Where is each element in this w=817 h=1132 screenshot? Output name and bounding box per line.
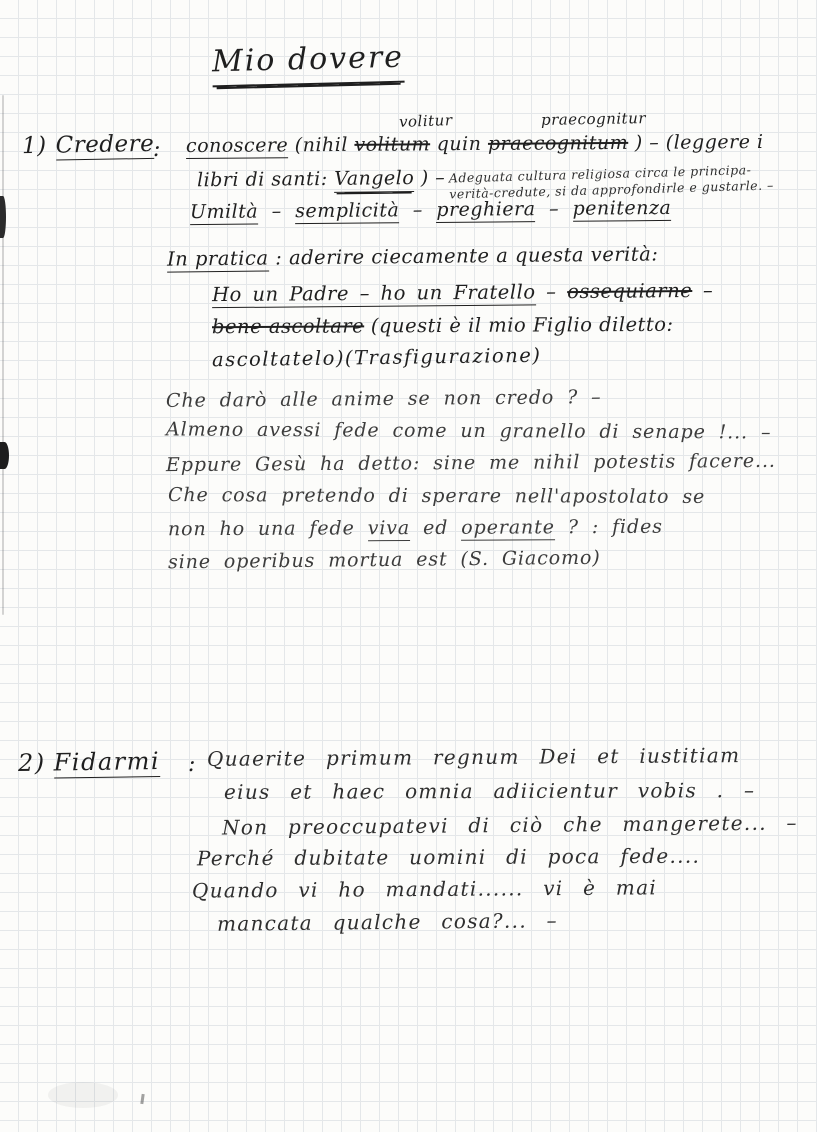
section2-colon: : (188, 752, 196, 777)
reflection-line1: Che darò alle anime se non credo ? – (166, 386, 602, 412)
quin-word: quin (437, 133, 482, 155)
penitenza-word: penitenza (572, 197, 671, 222)
preghiera-word: preghiera (436, 198, 535, 223)
nihil-text: (nihil (295, 134, 348, 156)
struck-bene-ascoltare: bene ascoltare (212, 314, 364, 338)
ascoltatelo-text: ascoltatelo)(Trasfigurazione) (212, 344, 542, 372)
fides-text: ? : fides (568, 516, 663, 538)
section1-line3: Umiltà – semplicità – preghiera – penite… (190, 197, 671, 223)
section2-line1: Quaerite primum regnum Dei et iustitiam (207, 743, 740, 771)
pratica-colon: : (275, 246, 282, 269)
section2-label: Fidarmi (53, 747, 160, 778)
section2-heading: 2)Fidarmi (18, 747, 160, 777)
correction-volitur: volitur (399, 111, 453, 131)
reflection-line3: Eppure Gesù ha detto: sine me nihil pote… (166, 450, 776, 476)
reflection-line2: Almeno avessi fede come un granello di s… (166, 418, 771, 443)
correction-praecognitur: praecognitur (541, 109, 646, 129)
left-fold-line (2, 95, 4, 615)
struck-praecognitum: praecognitum (488, 132, 628, 155)
page-title-text: Mio dovere (212, 40, 405, 88)
section1-line2: libri di santi: Vangelo ) – (197, 167, 445, 192)
notebook-page: Mio dovere 1)Credere : volitur praecogni… (0, 0, 817, 1132)
separator-dash: – (549, 198, 559, 220)
section2-line3: Non preoccupatevi di ciò che mangerete..… (222, 810, 798, 839)
trailing-dash: – (703, 279, 713, 302)
closing-paren: ) – (421, 167, 446, 189)
section2-line6: mancata qualche cosa?... – (217, 908, 558, 936)
struck-volitum: volitum (354, 133, 430, 156)
ed-text: ed (423, 517, 448, 539)
section2-line2: eius et haec omnia adiicientur vobis . – (224, 778, 755, 804)
section1-heading: 1)Credere (22, 131, 155, 159)
operante-word: operante (461, 516, 555, 540)
pratica-line3: bene ascoltare (questi è il mio Figlio d… (212, 313, 674, 338)
conoscere-word: conoscere (186, 134, 288, 159)
separator-dash: – (413, 199, 423, 221)
section2-number: 2) (18, 749, 46, 777)
vangelo-word: Vangelo (334, 167, 414, 193)
reflection-line6: sine operibus mortua est (S. Giacomo) (168, 547, 601, 574)
section2-line4: Perché dubitate uomini di poca fede.... (197, 844, 700, 871)
viva-word: viva (368, 517, 411, 541)
pratica-line4: ascoltatelo)(Trasfigurazione) (212, 344, 542, 372)
reflection-line4: Che cosa pretendo di sperare nell'aposto… (168, 484, 705, 508)
section2-line5: Quando vi ho mandati...... vi è mai (192, 875, 657, 902)
marginal-annotation: Adeguata cultura religiosa circa le prin… (449, 161, 774, 202)
umilta-word: Umiltà (190, 201, 258, 226)
in-pratica-label: In pratica (167, 247, 269, 273)
separator-dash: – (272, 200, 282, 222)
separator-dash: – (546, 280, 556, 303)
pratica-line2: Ho un Padre – ho un Fratello – ossequiar… (212, 279, 713, 306)
semplicita-word: semplicità (295, 199, 399, 224)
fede-text: non ho una fede (168, 517, 355, 540)
libri-text: libri di santi: (197, 168, 328, 191)
struck-ossequiarne: ossequiarne (567, 279, 692, 303)
reflection-line5: non ho una fede viva ed operante ? : fid… (168, 516, 663, 541)
bottom-tick-mark (140, 1094, 144, 1104)
padre-fratello-text: Ho un Padre – ho un Fratello (212, 280, 536, 308)
bottom-smudge (48, 1082, 118, 1108)
pratica-rest: aderire ciecamente a questa verità: (289, 242, 659, 269)
figlio-diletto-text: (questi è il mio Figlio diletto: (371, 313, 674, 338)
page-title: Mio dovere (212, 40, 405, 80)
binding-ink-mark-middle (0, 442, 9, 469)
binding-ink-mark-top (0, 196, 6, 238)
leggere-text: ) – (leggere i (635, 131, 764, 154)
section1-colon: : (153, 137, 161, 162)
section1-number: 1) (22, 133, 47, 159)
section1-label: Credere (55, 131, 154, 161)
pratica-line1: In pratica : aderire ciecamente a questa… (167, 242, 659, 270)
section1-line1: conoscere (nihil volitum quin praecognit… (186, 131, 764, 157)
